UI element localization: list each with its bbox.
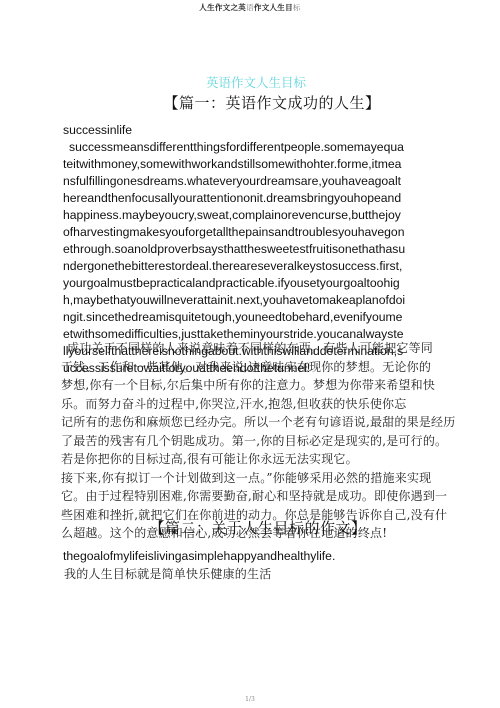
header-title-part1: 人生作文之英 [199, 3, 246, 12]
document-title: 英语作文人生目标 [0, 73, 500, 91]
chinese-line: 了最苦的残害有几个钥匙成功。第一,你的目标必定是现实的,是可行的。 [61, 432, 461, 451]
chinese-line: 我的人生目标就是简单快乐健康的生活 [64, 565, 464, 584]
page-header: 人生作文之英语作文人生目标 [0, 2, 500, 13]
english-line: successmeansdifferentthingsfordifferentp… [63, 139, 483, 156]
page-number: 1/3 [0, 696, 500, 703]
english-line: ngit.sincethedreamisquitetough,youneedto… [63, 309, 483, 326]
chinese-line: 它。由于过程特别困难,你需要勤奋,耐心和坚持就是成功。即使你遇到一 [61, 487, 461, 506]
chinese-line: 接下来,你有拟订一个计划做到这一点。”你能够采用必然的措施来实现 [61, 469, 461, 488]
english-line: h,maybethatyouwillneverattainit.next,you… [63, 292, 483, 309]
chinese-line: 若是你把你的目标过高,很有可能让你永远无法实现它。 [61, 450, 461, 469]
chinese-line: 梦想,你有一个目标,尔后集中所有你的注意力。梦想为你带来希望和快 [61, 376, 461, 395]
section2-chinese-text: 我的人生目标就是简单快乐健康的生活 [64, 565, 464, 584]
english-line: teitwithmoney,somewithworkandstillsomewi… [63, 156, 483, 173]
english-line: nsfulfillingonesdreams.whateveryourdream… [63, 173, 483, 190]
english-line: ofharvestingmakesyouforgetallthepainsand… [63, 224, 483, 241]
english-line: ndergonethebitterestordeal.therearesever… [63, 258, 483, 275]
header-title-part3: 作文人生目 [254, 3, 293, 12]
english-line: happiness.maybeyoucry,sweat,complainorev… [63, 207, 483, 224]
english-line: hereandthenfocusallyourattentiononit.dre… [63, 190, 483, 207]
english-line: thegoalofmylifeislivingasimplehappyandhe… [63, 548, 483, 565]
section2-heading: 【篇二：关于人生目标的作文】 [0, 517, 500, 538]
chinese-line: 于钱、工作和一些其他。对我来说,这意味实在现你的梦想。无论你的 [61, 358, 461, 377]
english-line: ethrough.soanoldproverbsaysthatthesweete… [63, 241, 483, 258]
chinese-line: 乐。而努力奋斗的过程中,你哭泣,汗水,抱怨,但收获的快乐使你忘 [61, 395, 461, 414]
section2-english-text: thegoalofmylifeislivingasimplehappyandhe… [63, 548, 483, 565]
chinese-line: 记所有的悲伤和麻烦您已经办完。所以一个老有句谚语说,最甜的果是经历 [61, 413, 461, 432]
chinese-line: 成功关于不同样的人来说意味着不同样的东西。有些人可能把它等同 [61, 339, 461, 358]
section1-chinese-text: 成功关于不同样的人来说意味着不同样的东西。有些人可能把它等同 于钱、工作和一些其… [61, 339, 461, 543]
header-title-part4: 标 [293, 3, 301, 12]
english-line: yourgoalmustbepracticalandpracticable.if… [63, 275, 483, 292]
english-line: successinlife [63, 122, 483, 139]
header-title-part2: 语 [246, 3, 254, 12]
section1-heading: 【篇一：英语作文成功的人生】 [0, 92, 500, 113]
